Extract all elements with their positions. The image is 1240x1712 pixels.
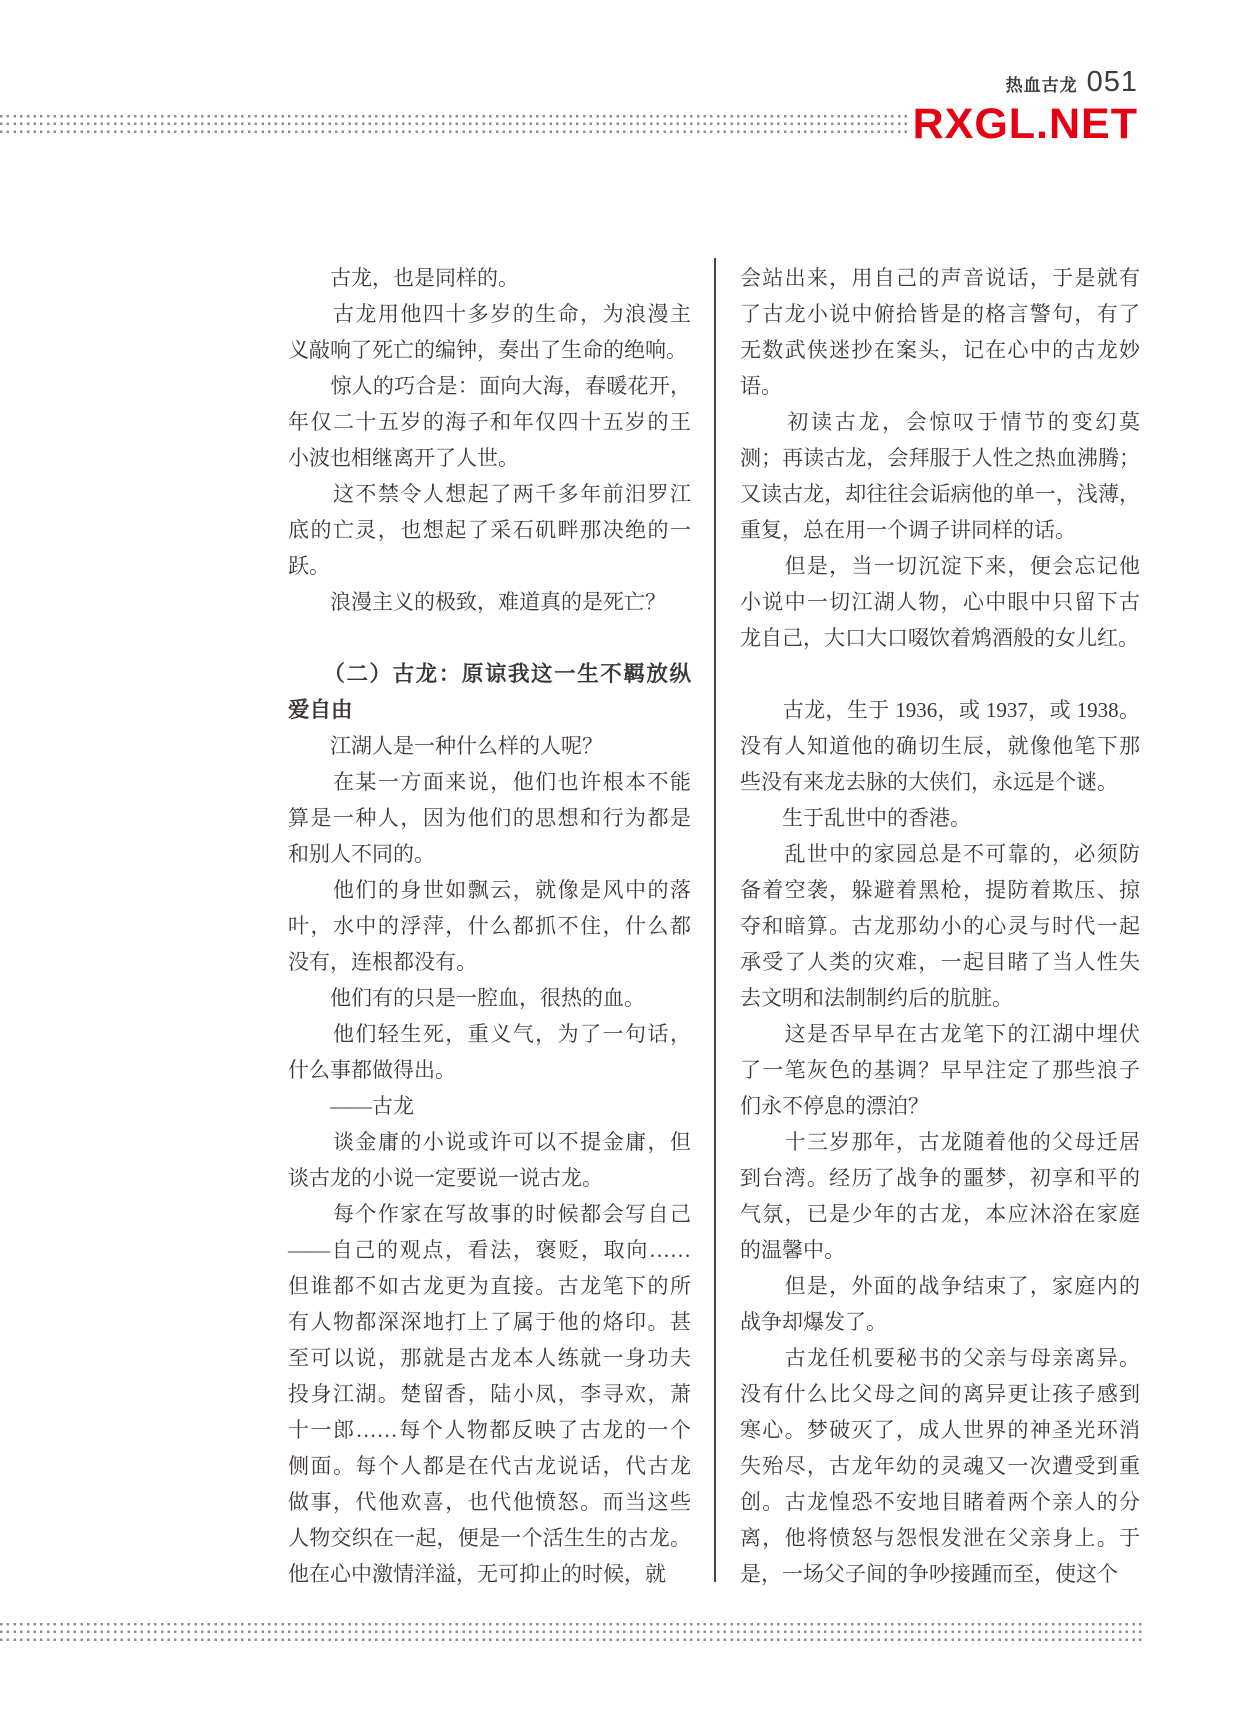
text-line: 侧面。每个人都是在代古龙说话，代古龙 [288,1448,691,1484]
text-line: 乱世中的家园总是不可靠的，必须防 [740,836,1140,872]
text-line: 没有，连根都没有。 [288,944,691,980]
text-line: 但谁都不如古龙更为直接。古龙笔下的所 [288,1268,691,1304]
text-line: 无数武侠迷抄在案头，记在心中的古龙妙 [740,332,1140,368]
text-line: 跃。 [288,548,691,584]
text-line: 义敲响了死亡的编钟，奏出了生命的绝响。 [288,332,691,368]
text-line: 浪漫主义的极致，难道真的是死亡？ [288,584,691,620]
text-line: 夺和暗算。古龙那幼小的心灵与时代一起 [740,908,1140,944]
site-logo: RXGL.NET [913,103,1138,146]
text-line: 至可以说，那就是古龙本人练就一身功夫 [288,1340,691,1376]
top-dot-band-decoration [0,115,908,133]
text-line: 爱自由 [288,692,691,728]
text-line: 备着空袭，躲避着黑枪，提防着欺压、掠 [740,872,1140,908]
text-line: 测；再读古龙，会拜服于人性之热血沸腾； [740,440,1140,476]
text-line: 在某一方面来说，他们也许根本不能 [288,764,691,800]
text-line: 人物交织在一起，便是一个活生生的古龙。 [288,1520,691,1556]
text-line: 战争却爆发了。 [740,1304,1140,1340]
text-line: 小波也相继离开了人世。 [288,440,691,476]
text-line: 江湖人是一种什么样的人呢？ [288,728,691,764]
text-line: 古龙，生于 1936，或 1937，或 1938。 [740,692,1140,728]
text-line: 古龙任机要秘书的父亲与母亲离异。 [740,1340,1140,1376]
text-line: ——古龙 [288,1088,691,1124]
text-line: 古龙用他四十多岁的生命，为浪漫主 [288,296,691,332]
text-line: 小说中一切江湖人物，心中眼中只留下古 [740,584,1140,620]
text-line: 们永不停息的漂泊？ [740,1088,1140,1124]
text-line: 会站出来，用自己的声音说话，于是就有 [740,260,1140,296]
text-line: 到台湾。经历了战争的噩梦，初享和平的 [740,1160,1140,1196]
bottom-dot-band-decoration [0,1623,1142,1641]
column-divider [714,258,716,1582]
blank-line [288,620,691,656]
text-line: 的温馨中。 [740,1232,1140,1268]
text-line: 了一笔灰色的基调？早早注定了那些浪子 [740,1052,1140,1088]
text-line: 又读古龙，却往往会诟病他的单一，浅薄， [740,476,1140,512]
text-line: 失殆尽，古龙年幼的灵魂又一次遭受到重 [740,1448,1140,1484]
text-line: 这是否早早在古龙笔下的江湖中埋伏 [740,1016,1140,1052]
text-line: 底的亡灵，也想起了采石矶畔那决绝的一 [288,512,691,548]
text-line: （二）古龙：原谅我这一生不羁放纵 [288,656,691,692]
left-text-column: 古龙，也是同样的。 古龙用他四十多岁的生命，为浪漫主义敲响了死亡的编钟，奏出了生… [288,260,691,1592]
text-line: 他在心中激情洋溢，无可抑止的时候，就 [288,1556,691,1592]
text-line: 他们的身世如飘云，就像是风中的落 [288,872,691,908]
text-line: 但是，外面的战争结束了，家庭内的 [740,1268,1140,1304]
text-line: 离，他将愤怒与怨恨发泄在父亲身上。于 [740,1520,1140,1556]
text-line: 了古龙小说中俯拾皆是的格言警句，有了 [740,296,1140,332]
text-line: 有人物都深深地打上了属于他的烙印。甚 [288,1304,691,1340]
text-line: 生于乱世中的香港。 [740,800,1140,836]
text-line: 年仅二十五岁的海子和年仅四十五岁的王 [288,404,691,440]
text-line: 但是，当一切沉淀下来，便会忘记他 [740,548,1140,584]
text-line: 他们轻生死，重义气，为了一句话， [288,1016,691,1052]
text-line: 没有人知道他的确切生辰，就像他笔下那 [740,728,1140,764]
text-line: 是，一场父子间的争吵接踵而至，使这个 [740,1556,1140,1592]
text-line: 语。 [740,368,1140,404]
text-line: 气氛，已是少年的古龙，本应沐浴在家庭 [740,1196,1140,1232]
text-line: 承受了人类的灾难，一起目睹了当人性失 [740,944,1140,980]
text-line: 十三岁那年，古龙随着他的父母迁居 [740,1124,1140,1160]
page-header: 热血古龙 051 [1006,66,1138,99]
text-line: 古龙，也是同样的。 [288,260,691,296]
text-line: 十一郎……每个人物都反映了古龙的一个 [288,1412,691,1448]
text-line: 什么事都做得出。 [288,1052,691,1088]
magazine-page: 热血古龙 051 RXGL.NET 古龙，也是同样的。 古龙用他四十多岁的生命，… [0,0,1240,1712]
page-number: 051 [1087,66,1138,99]
text-line: 寒心。梦破灭了，成人世界的神圣光环消 [740,1412,1140,1448]
text-line: 没有什么比父母之间的离异更让孩子感到 [740,1376,1140,1412]
section-title: 热血古龙 [1006,71,1078,96]
text-line: 初读古龙，会惊叹于情节的变幻莫 [740,404,1140,440]
text-line: 惊人的巧合是：面向大海，春暖花开， [288,368,691,404]
text-line: 叶，水中的浮萍，什么都抓不住，什么都 [288,908,691,944]
text-line: 做事，代他欢喜，也代他愤怒。而当这些 [288,1484,691,1520]
text-line: 创。古龙惶恐不安地目睹着两个亲人的分 [740,1484,1140,1520]
right-text-column: 会站出来，用自己的声音说话，于是就有了古龙小说中俯拾皆是的格言警句，有了无数武侠… [740,260,1140,1592]
text-line: 谈金庸的小说或许可以不提金庸，但 [288,1124,691,1160]
text-line: 算是一种人，因为他们的思想和行为都是 [288,800,691,836]
blank-line [740,656,1140,692]
text-line: ——自己的观点，看法，褒贬，取向…… [288,1232,691,1268]
text-line: 重复，总在用一个调子讲同样的话。 [740,512,1140,548]
text-line: 龙自己，大口大口啜饮着鸩酒般的女儿红。 [740,620,1140,656]
text-line: 些没有来龙去脉的大侠们，永远是个谜。 [740,764,1140,800]
text-line: 去文明和法制制约后的肮脏。 [740,980,1140,1016]
text-line: 他们有的只是一腔血，很热的血。 [288,980,691,1016]
text-line: 谈古龙的小说一定要说一说古龙。 [288,1160,691,1196]
text-line: 投身江湖。楚留香，陆小凤，李寻欢，萧 [288,1376,691,1412]
text-line: 这不禁令人想起了两千多年前汨罗江 [288,476,691,512]
text-line: 每个作家在写故事的时候都会写自己 [288,1196,691,1232]
text-line: 和别人不同的。 [288,836,691,872]
